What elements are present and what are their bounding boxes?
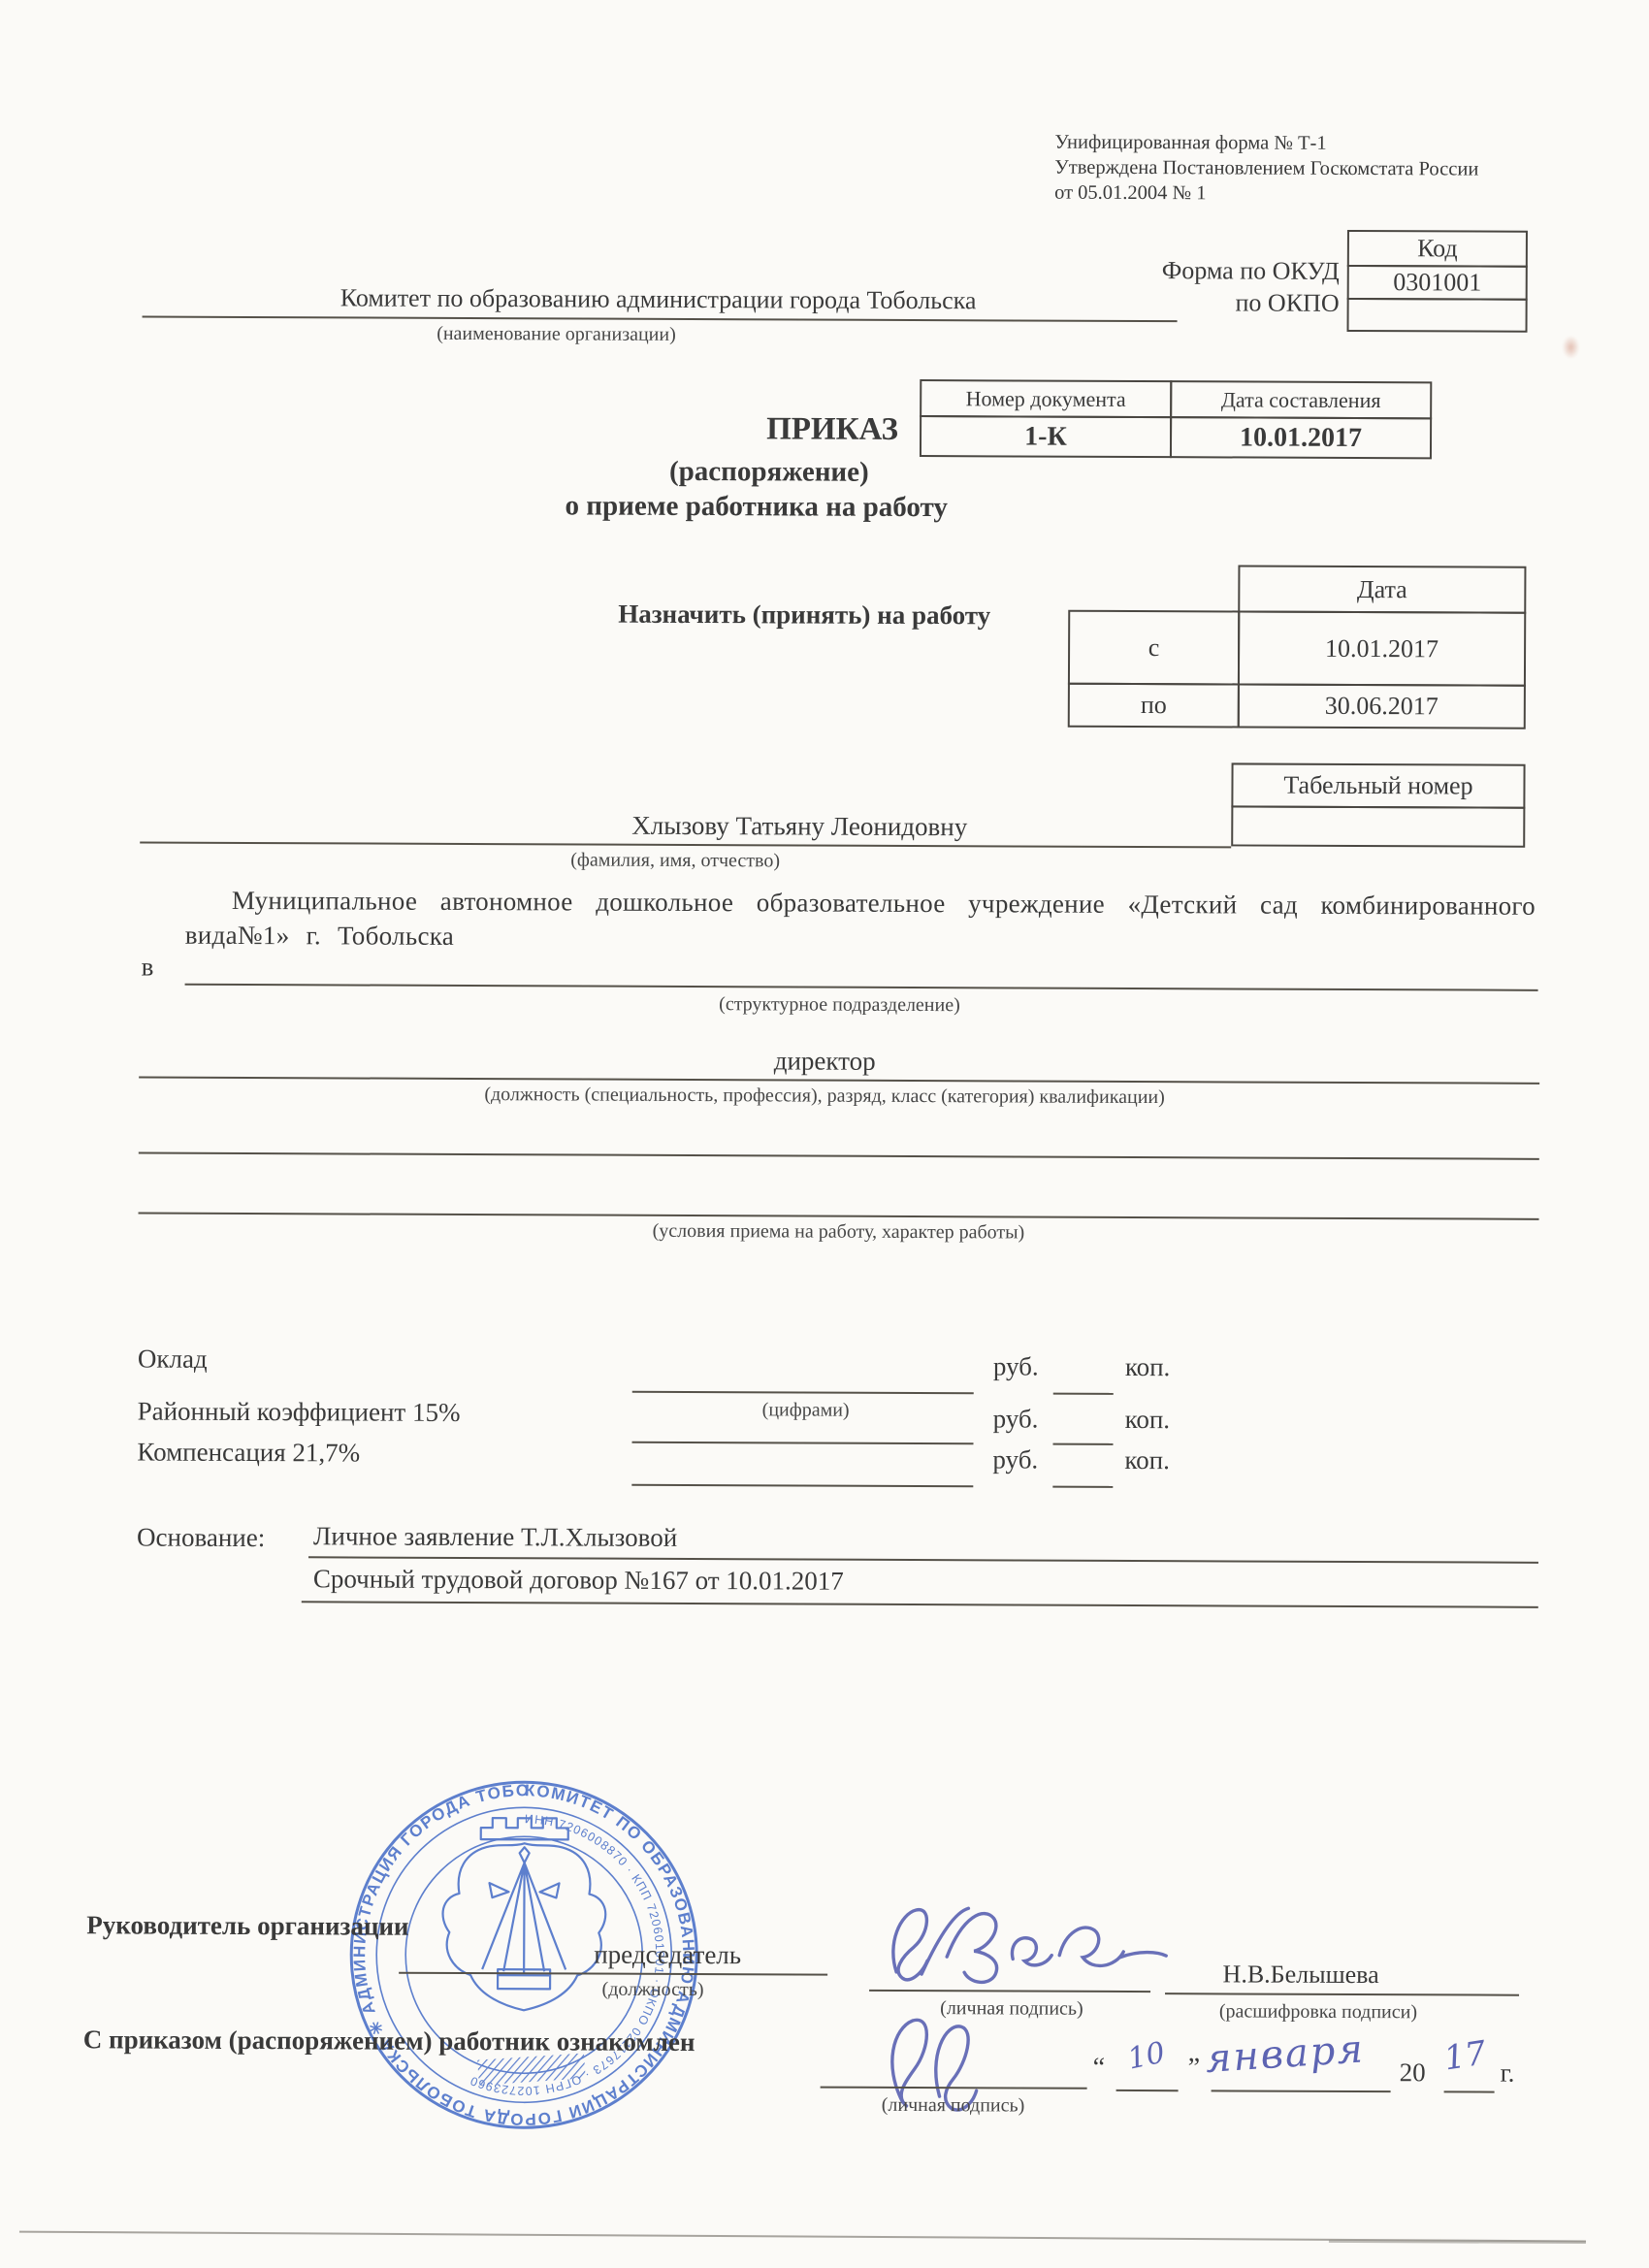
date-year-suffix: г. [1501, 2058, 1515, 2089]
date-month-underline [1212, 2090, 1391, 2092]
salary-label: Оклад [138, 1345, 208, 1375]
date-from-label-cell: с [1068, 610, 1240, 686]
form-info-line-1: Унифицированная форма № Т-1 [1054, 130, 1326, 156]
head-signature-name: Н.В.Белышева [1155, 1960, 1446, 1990]
basis-line-1: Личное заявление Т.Л.Хлызовой [313, 1521, 677, 1553]
regional-kop-line [1053, 1443, 1114, 1445]
compensation-rub-label: руб. [992, 1444, 1038, 1474]
scan-smudge [1562, 336, 1579, 359]
conditions-underline-1 [139, 1152, 1539, 1160]
date-year-prefix: 20 [1400, 2057, 1426, 2088]
handwritten-year: 17 [1441, 2033, 1489, 2078]
employee-name: Хлызову Татьяну Леонидовну [631, 811, 967, 843]
date-header-cell: Дата [1238, 565, 1526, 613]
unit-underline [185, 984, 1538, 991]
acknowledgement-label: С приказом (распоряжением) работник озна… [83, 2025, 695, 2057]
okud-code-cell: 0301001 [1347, 265, 1528, 301]
date-from-value-cell: 10.01.2017 [1238, 610, 1526, 686]
unit-caption: (структурное подразделение) [626, 993, 1052, 1018]
organization-underline [143, 316, 1178, 323]
head-position-caption: (должность) [556, 1978, 750, 2001]
salary-rub-label: руб. [993, 1351, 1039, 1381]
basis-underline-1 [308, 1556, 1538, 1564]
unit-paragraph: Муниципальное автономное дошкольное обра… [185, 883, 1536, 958]
position-value: директор [727, 1046, 921, 1077]
position-underline [139, 1077, 1539, 1085]
doc-number-value-cell: 1-К [920, 415, 1172, 458]
basis-label: Основание: [137, 1523, 265, 1554]
basis-underline-2 [302, 1601, 1538, 1608]
date-to-value-cell: 30.06.2017 [1238, 683, 1526, 729]
conditions-caption: (условия приема на работу, характер рабо… [547, 1219, 1129, 1245]
form-info-line-2: Утверждена Постановлением Госкомстата Ро… [1054, 155, 1478, 182]
employee-name-underline [140, 842, 1231, 849]
date-day-underline [1116, 2090, 1179, 2091]
regional-rub-label: руб. [993, 1404, 1039, 1434]
okpo-label: по ОКПО [1049, 288, 1340, 318]
compensation-label: Компенсация 21,7% [137, 1438, 360, 1469]
code-table-header: Код [1347, 230, 1528, 268]
handwritten-day: 10 [1125, 2036, 1169, 2077]
handwritten-month: января [1204, 2026, 1366, 2082]
order-title: ПРИКАЗ [735, 411, 929, 448]
form-info-line-3: от 05.01.2004 № 1 [1054, 180, 1206, 207]
head-of-organization-label: Руководитель организации [86, 1910, 408, 1941]
employee-name-caption: (фамилия, имя, отчество) [481, 849, 869, 873]
scanned-order-page: Унифицированная форма № Т-1 Утверждена П… [0, 0, 1649, 2268]
scan-edge-shadow [1329, 2240, 1586, 2244]
personnel-number-header-cell: Табельный номер [1231, 762, 1525, 808]
basis-line-2: Срочный трудовой договор №167 от 10.01.2… [313, 1564, 844, 1596]
compensation-amount-line [631, 1484, 973, 1488]
date-to-label-cell: по [1068, 683, 1240, 729]
digits-caption: (цифрами) [709, 1399, 903, 1422]
okud-label: Форма по ОКУД [1049, 256, 1340, 286]
in-label: в [142, 953, 154, 983]
employee-signature-caption: (личная подпись) [856, 2094, 1050, 2118]
head-position-value: председатель [544, 1939, 791, 1970]
date-quote-close: ” [1188, 2053, 1201, 2084]
regional-coefficient-label: Районный коэффициент 15% [138, 1397, 461, 1428]
order-subject: о приеме работника на работу [514, 490, 999, 524]
head-name-caption: (расшифровка подписи) [1173, 2000, 1464, 2024]
assignment-label: Назначить (принять) на работу [618, 599, 990, 632]
head-signature-icon [879, 1896, 1170, 1999]
head-name-underline [1165, 1993, 1519, 1996]
personnel-number-value-cell [1231, 805, 1525, 847]
compensation-kop-label: коп. [1124, 1445, 1170, 1475]
salary-kop-line [1053, 1393, 1114, 1395]
organization-name: Комитет по образованию администрации гор… [319, 283, 998, 315]
order-subtitle: (распоряжение) [624, 456, 915, 489]
date-year-underline [1444, 2090, 1495, 2092]
salary-amount-line [632, 1391, 974, 1395]
regional-amount-line [632, 1442, 974, 1445]
date-quote-open: “ [1093, 2053, 1106, 2084]
compensation-kop-line [1052, 1486, 1113, 1488]
salary-kop-label: коп. [1125, 1352, 1171, 1382]
document-sheet: Унифицированная форма № Т-1 Утверждена П… [0, 0, 1649, 2268]
okpo-code-cell [1347, 298, 1528, 333]
regional-kop-label: коп. [1125, 1405, 1171, 1435]
position-caption: (должность (специальность, профессия), р… [388, 1084, 1261, 1110]
doc-date-header-cell: Дата составления [1170, 380, 1432, 419]
organization-caption: (наименование организации) [381, 323, 730, 347]
conditions-underline-2 [139, 1213, 1539, 1220]
doc-date-value-cell: 10.01.2017 [1170, 416, 1432, 459]
doc-number-header-cell: Номер документа [920, 379, 1172, 418]
